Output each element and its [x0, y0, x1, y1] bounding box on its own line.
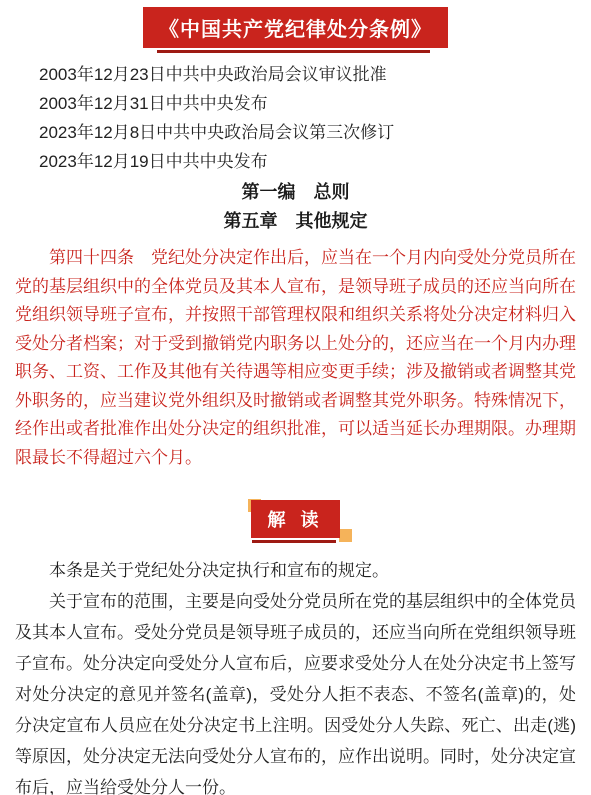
interpretation-banner: 解 读 — [15, 500, 576, 548]
interpretation-paragraph: 本条是关于党纪处分决定执行和宣布的规定。 — [15, 555, 576, 586]
title-banner: 《中国共产党纪律处分条例》 — [15, 7, 576, 60]
meta-line: 2023年12月19日中共中央发布 — [39, 147, 576, 176]
interpretation-paragraph: 关于宣布的范围，主要是向受处分党员所在党的基层组织中的全体党员及其本人宣布。受处… — [15, 586, 576, 795]
meta-line: 2003年12月31日中共中央发布 — [39, 89, 576, 118]
section-header-part: 第一编 总则 — [15, 178, 576, 207]
article-number: 第四十四条 — [49, 248, 134, 267]
interpretation-underline — [252, 540, 336, 543]
meta-lines: 2003年12月23日中共中央政治局会议审议批准 2003年12月31日中共中央… — [15, 60, 576, 176]
document-title: 《中国共产党纪律处分条例》 — [143, 7, 448, 48]
meta-line: 2003年12月23日中共中央政治局会议审议批准 — [39, 60, 576, 89]
title-underline — [157, 50, 430, 53]
statute-paragraph: 第四十四条党纪处分决定作出后，应当在一个月内向受处分党员所在党的基层组织中的全体… — [15, 244, 576, 472]
interpretation-label: 解 读 — [251, 500, 339, 538]
statute-text: 党纪处分决定作出后，应当在一个月内向受处分党员所在党的基层组织中的全体党员及其本… — [15, 248, 576, 467]
section-header-chapter: 第五章 其他规定 — [15, 207, 576, 236]
meta-line: 2023年12月8日中共中央政治局会议第三次修订 — [39, 118, 576, 147]
interpretation-accent-square-bottom-right — [339, 529, 352, 542]
